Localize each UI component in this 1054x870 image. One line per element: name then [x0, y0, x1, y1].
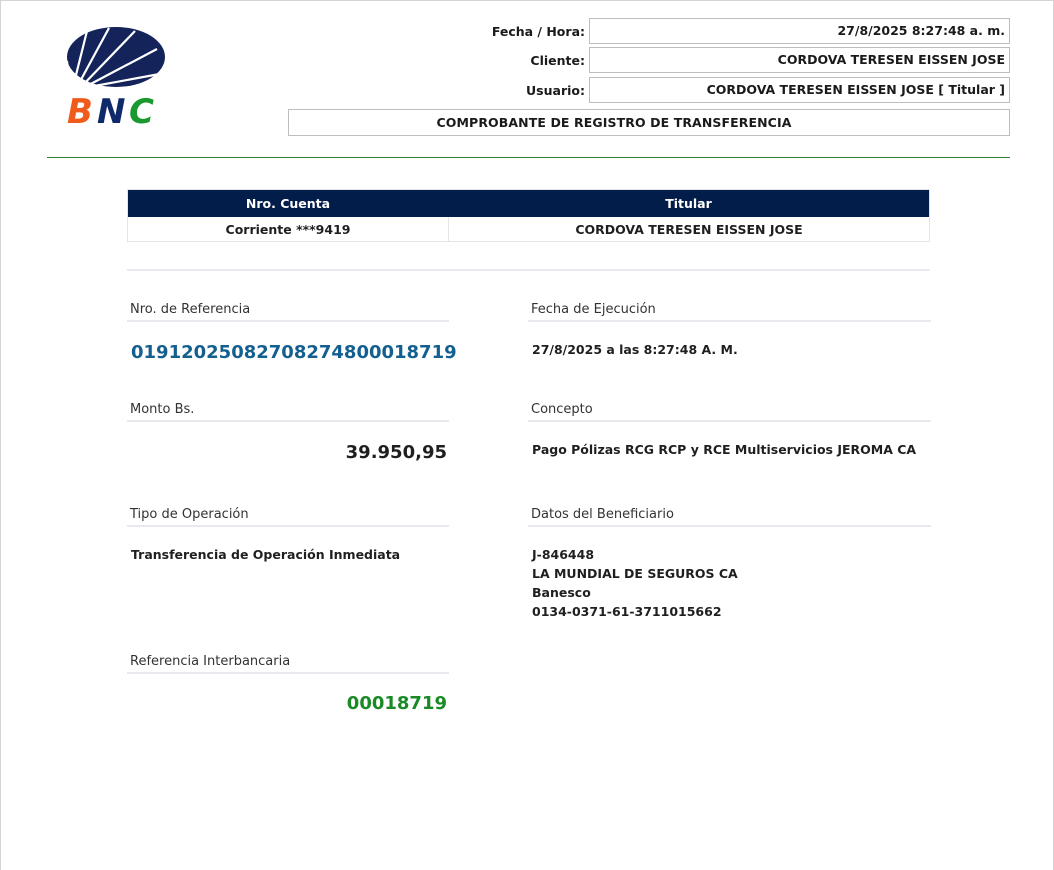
receipt-page: B N C Fecha / Hora: 27/8/2025 8:27:48 a.… [0, 0, 1054, 870]
column-header-holder: Titular [448, 190, 929, 217]
header-divider [47, 157, 1010, 158]
client-value: CORDOVA TERESEN EISSEN JOSE [589, 47, 1010, 73]
reference-label: Nro. de Referencia [127, 300, 449, 322]
interbank-reference-label: Referencia Interbancaria [127, 652, 449, 674]
header-row-datetime: Fecha / Hora: 27/8/2025 8:27:48 a. m. [441, 18, 1010, 44]
beneficiary-label: Datos del Beneficiario [528, 505, 931, 527]
amount-value: 39.950,95 [127, 443, 449, 462]
operation-type-label: Tipo de Operación [127, 505, 449, 527]
reference-field: Nro. de Referencia 019120250827082748000… [127, 300, 449, 362]
beneficiary-field: Datos del Beneficiario J-846448 LA MUNDI… [528, 505, 931, 621]
account-holder-cell: CORDOVA TERESEN EISSEN JOSE [448, 217, 929, 241]
logo-c: C [129, 92, 154, 127]
interbank-reference-field: Referencia Interbancaria 00018719 [127, 652, 449, 713]
beneficiary-details: J-846448 LA MUNDIAL DE SEGUROS CA Banesc… [528, 545, 931, 621]
section-divider [127, 269, 930, 271]
execution-date-label: Fecha de Ejecución [528, 300, 931, 322]
beneficiary-account: 0134-0371-61-3711015662 [528, 602, 931, 621]
beneficiary-bank: Banesco [528, 583, 931, 602]
logo-b: B [67, 92, 93, 127]
amount-label: Monto Bs. [127, 400, 449, 422]
header-row-client: Cliente: CORDOVA TERESEN EISSEN JOSE [441, 47, 1010, 73]
bnc-logo: B N C [65, 25, 169, 127]
beneficiary-name: LA MUNDIAL DE SEGUROS CA [528, 564, 931, 583]
user-value: CORDOVA TERESEN EISSEN JOSE [ Titular ] [589, 77, 1010, 103]
user-label: Usuario: [441, 83, 589, 98]
amount-field: Monto Bs. 39.950,95 [127, 400, 449, 462]
document-title: COMPROBANTE DE REGISTRO DE TRANSFERENCIA [288, 109, 1010, 136]
beneficiary-id: J-846448 [528, 545, 931, 564]
operation-type-field: Tipo de Operación Transferencia de Opera… [127, 505, 449, 564]
table-row: Corriente ***9419 CORDOVA TERESEN EISSEN… [128, 217, 929, 241]
datetime-label: Fecha / Hora: [441, 24, 589, 39]
interbank-reference-value: 00018719 [127, 694, 449, 713]
account-number-cell: Corriente ***9419 [128, 217, 448, 241]
client-label: Cliente: [441, 53, 589, 68]
reference-value: 01912025082708274800018719 [127, 343, 449, 362]
execution-date-value: 27/8/2025 a las 8:27:48 A. M. [528, 340, 931, 359]
logo-n: N [97, 92, 125, 127]
concept-value: Pago Pólizas RCG RCP y RCE Multiservicio… [528, 440, 931, 459]
account-table: Nro. Cuenta Titular Corriente ***9419 CO… [127, 189, 930, 242]
account-table-header: Nro. Cuenta Titular [128, 190, 929, 217]
concept-field: Concepto Pago Pólizas RCG RCP y RCE Mult… [528, 400, 931, 459]
execution-date-field: Fecha de Ejecución 27/8/2025 a las 8:27:… [528, 300, 931, 359]
header-row-user: Usuario: CORDOVA TERESEN EISSEN JOSE [ T… [441, 77, 1010, 103]
operation-type-value: Transferencia de Operación Inmediata [127, 545, 449, 564]
concept-label: Concepto [528, 400, 931, 422]
column-header-account: Nro. Cuenta [128, 190, 448, 217]
datetime-value: 27/8/2025 8:27:48 a. m. [589, 18, 1010, 44]
